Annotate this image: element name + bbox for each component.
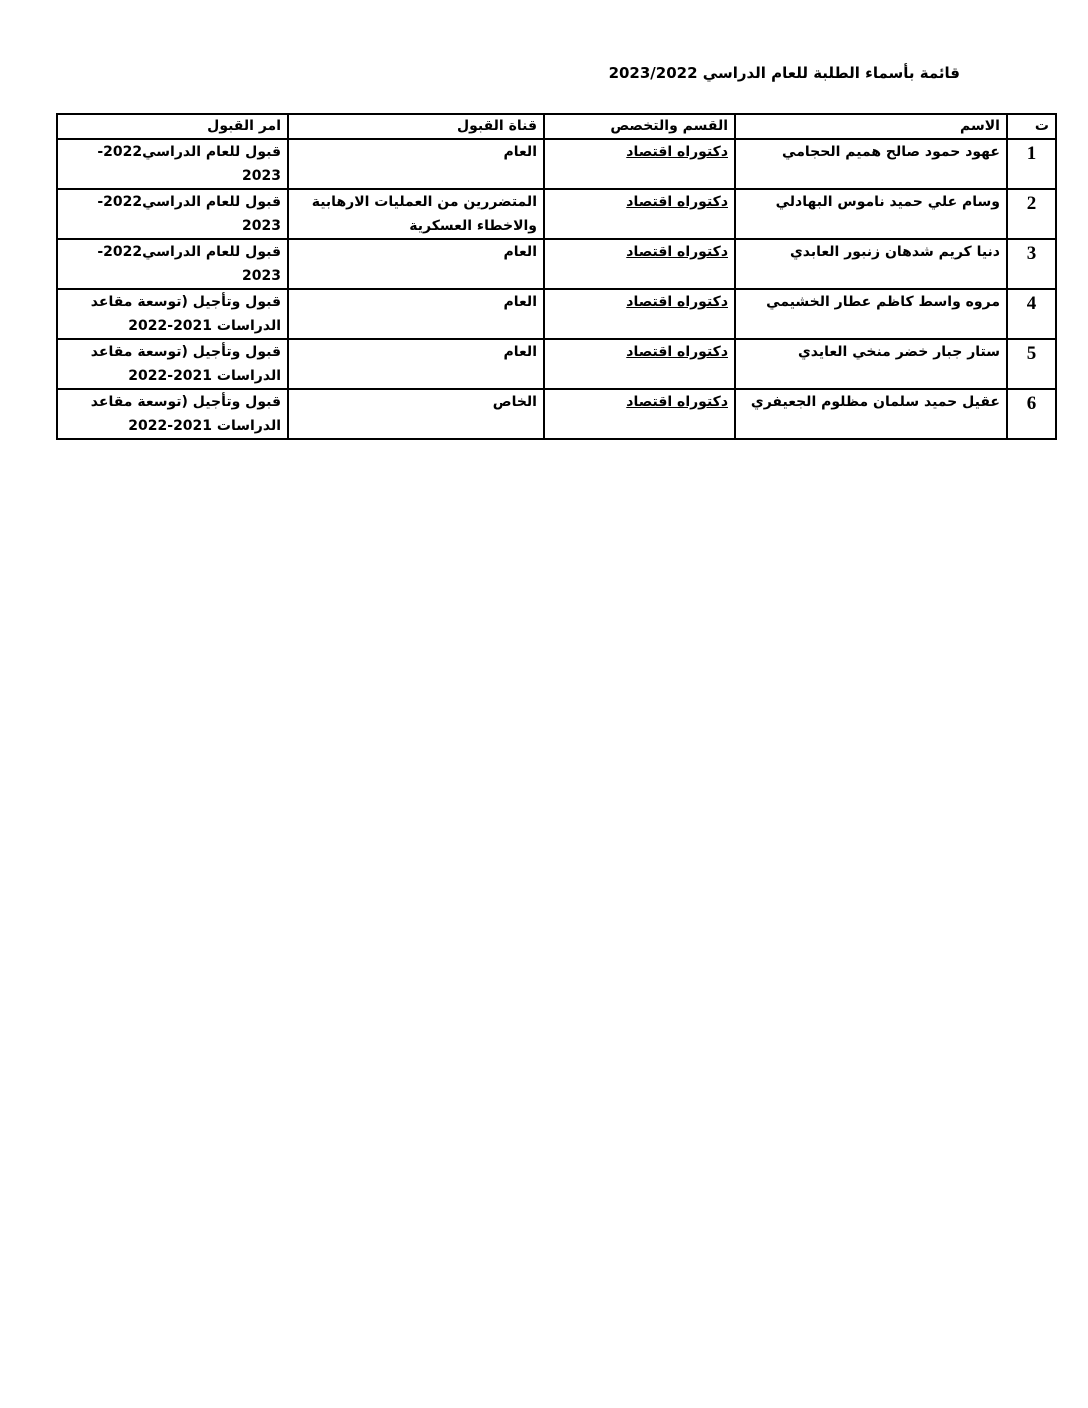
cell-order: قبول وتأجيل (توسعة مقاعد الدراسات 2021-2… [57,389,288,439]
cell-dept: دكتوراه اقتصاد [544,389,735,439]
cell-order: قبول وتأجيل (توسعة مقاعد الدراسات 2021-2… [57,289,288,339]
cell-channel: العام [288,339,544,389]
page-title: قائمة بأسماء الطلبة للعام الدراسي 2023/2… [609,64,960,82]
dept-text: دكتوراه اقتصاد [626,394,728,410]
table-row: 1 عهود حمود صالح هميم الحجامي دكتوراه اق… [57,139,1056,189]
header-num: ت [1007,114,1056,139]
table-row: 6 عقيل حميد سلمان مظلوم الجعيفري دكتوراه… [57,389,1056,439]
table-header-row: ت الاسم القسم والتخصص قناة القبول امر ال… [57,114,1056,139]
table-row: 4 مروه واسط كاظم عطار الخشيمي دكتوراه اق… [57,289,1056,339]
dept-text: دكتوراه اقتصاد [626,244,728,260]
cell-order: قبول للعام الدراسي2022-2023 [57,189,288,239]
cell-dept: دكتوراه اقتصاد [544,139,735,189]
dept-text: دكتوراه اقتصاد [626,294,728,310]
cell-dept: دكتوراه اقتصاد [544,189,735,239]
cell-order: قبول للعام الدراسي2022-2023 [57,239,288,289]
cell-name: وسام علي حميد ناموس البهادلي [735,189,1007,239]
table-row: 5 ستار جبار خضر منخي العايدي دكتوراه اقت… [57,339,1056,389]
cell-dept: دكتوراه اقتصاد [544,289,735,339]
table-row: 2 وسام علي حميد ناموس البهادلي دكتوراه ا… [57,189,1056,239]
cell-dept: دكتوراه اقتصاد [544,239,735,289]
cell-channel: العام [288,239,544,289]
cell-channel: العام [288,139,544,189]
cell-num: 4 [1007,289,1056,339]
cell-name: ستار جبار خضر منخي العايدي [735,339,1007,389]
cell-num: 1 [1007,139,1056,189]
cell-channel: المتضررين من العمليات الارهابية والاخطاء… [288,189,544,239]
cell-channel: العام [288,289,544,339]
cell-channel: الخاص [288,389,544,439]
header-dept: القسم والتخصص [544,114,735,139]
cell-num: 6 [1007,389,1056,439]
header-name: الاسم [735,114,1007,139]
cell-dept: دكتوراه اقتصاد [544,339,735,389]
cell-num: 5 [1007,339,1056,389]
header-order: امر القبول [57,114,288,139]
cell-num: 2 [1007,189,1056,239]
header-channel: قناة القبول [288,114,544,139]
cell-num: 3 [1007,239,1056,289]
cell-name: دنيا كريم شدهان زنبور العابدي [735,239,1007,289]
cell-name: عهود حمود صالح هميم الحجامي [735,139,1007,189]
cell-name: عقيل حميد سلمان مظلوم الجعيفري [735,389,1007,439]
table-row: 3 دنيا كريم شدهان زنبور العابدي دكتوراه … [57,239,1056,289]
dept-text: دكتوراه اقتصاد [626,194,728,210]
cell-order: قبول وتأجيل (توسعة مقاعد الدراسات 2021-2… [57,339,288,389]
cell-name: مروه واسط كاظم عطار الخشيمي [735,289,1007,339]
dept-text: دكتوراه اقتصاد [626,144,728,160]
students-table: ت الاسم القسم والتخصص قناة القبول امر ال… [56,113,1057,440]
cell-order: قبول للعام الدراسي2022-2023 [57,139,288,189]
dept-text: دكتوراه اقتصاد [626,344,728,360]
